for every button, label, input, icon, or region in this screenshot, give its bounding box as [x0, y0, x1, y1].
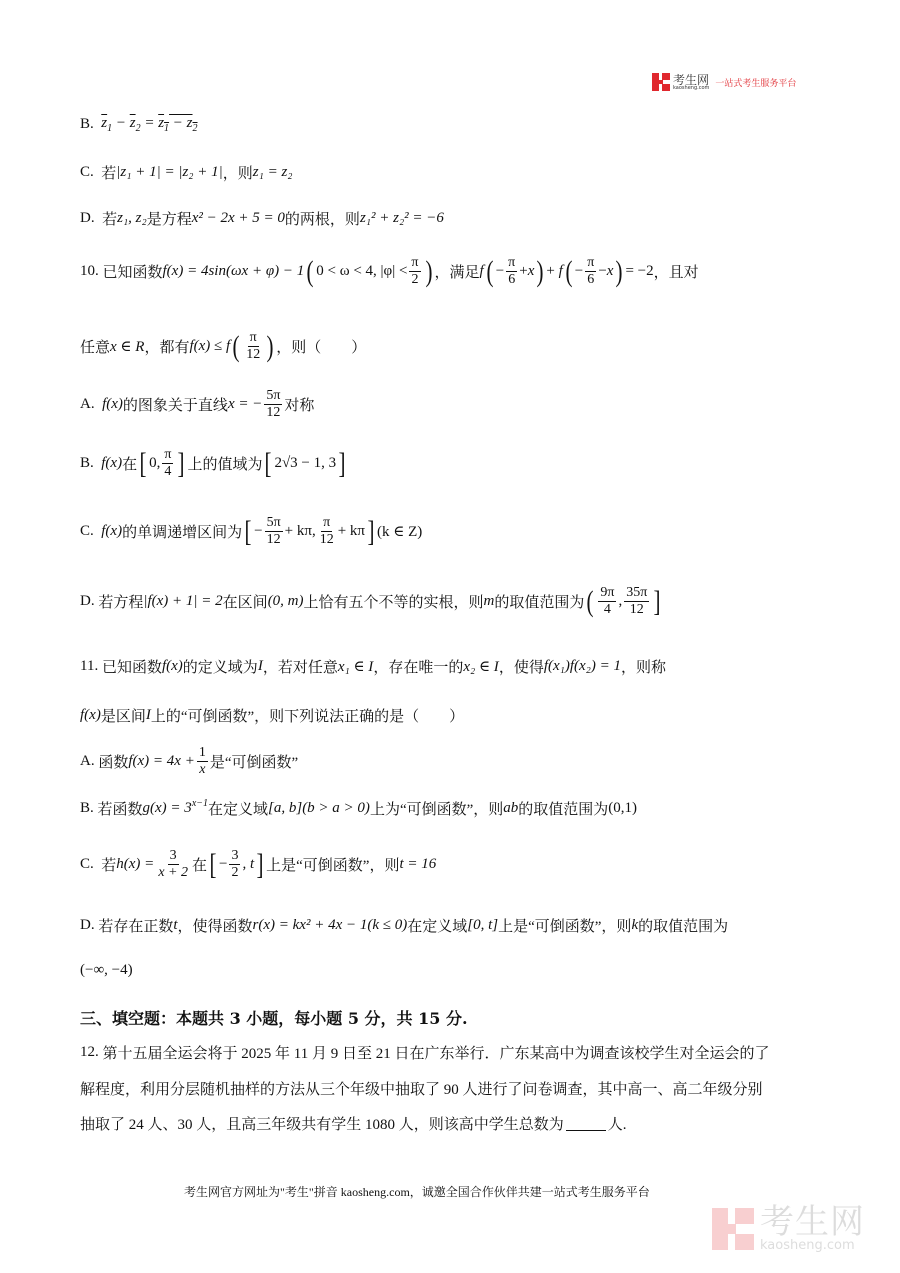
math-expression: f(x) [101, 455, 122, 472]
math-expression: z1 − z2 = z1 − z2 [101, 115, 197, 134]
q11-option-b: B. 若函数 g(x) = 3x−1 在定义域 [a, b](b > a > 0… [80, 798, 637, 819]
answer-placeholder: ，则（ ） [276, 336, 366, 357]
math-variable: m [484, 593, 495, 610]
option-label: C. [80, 856, 94, 873]
math-expression: [a, b](b > a > 0) [268, 800, 370, 817]
watermark: 考生网 kaosheng.com [712, 1205, 865, 1252]
fraction: π2 [409, 255, 420, 288]
fraction: π12 [244, 330, 262, 363]
fraction: 32 [229, 848, 240, 881]
text: 上是“可倒函数”，则 [498, 915, 631, 936]
text: 任意 [80, 336, 110, 357]
text: ，则 [223, 162, 253, 183]
math-expression: z₁² + z₂² = −6 [360, 210, 444, 227]
math-expression: (0, m) [268, 593, 304, 610]
text: 若函数 [98, 798, 143, 819]
logo-domain-text: kaosheng.com [673, 86, 709, 91]
section-heading: 三、填空题：本题共 3 小题，每小题 5 分，共 15 分. [80, 1006, 468, 1029]
q9-option-b: B. z1 − z2 = z1 − z2 [80, 115, 198, 134]
math-expression: x₂ ∈ I [463, 657, 498, 676]
text: 若存在正数 [98, 915, 173, 936]
kaosheng-watermark-icon [712, 1208, 754, 1250]
fraction: π6 [585, 255, 596, 288]
footer-text: 考生网官方网址为"考生"拼音 kaosheng.com，诚邀全国合作伙伴共建一站… [184, 1183, 650, 1200]
header-logo: 考生网 kaosheng.com 一站式考生服务平台 [652, 73, 796, 91]
question-number: 12. [80, 1044, 99, 1061]
math-expression: f(x) [162, 658, 183, 675]
text: 的取值范围为 [494, 591, 584, 612]
math-variable: k [631, 917, 638, 934]
text: 在区间 [223, 591, 268, 612]
math-expression: x = − [228, 396, 262, 413]
math-expression: (−∞, −4) [80, 962, 133, 979]
text: ，存在唯一的 [373, 656, 463, 677]
q10-stem-line1: 10. 已知函数 f(x) = 4sin(ωx + φ) − 1 ( 0 < ω… [80, 255, 699, 288]
text: 若 [101, 854, 116, 875]
option-label: B. [80, 800, 94, 817]
text: ，满足 [435, 261, 480, 282]
math-expression: x ∈ R [110, 337, 144, 356]
text: 是“可倒函数” [210, 751, 298, 772]
text: 在定义域 [208, 798, 268, 819]
text: ，若对任意 [263, 656, 338, 677]
text: 的取值范围为 [638, 915, 728, 936]
q11-option-d: D. 若存在正数 t ，使得函数 r(x) = kx² + 4x − 1(k ≤… [80, 915, 728, 936]
text: 上的值域为 [187, 453, 262, 474]
math-expression: x₁ ∈ I [338, 657, 373, 676]
text: 上是“可倒函数”，则 [266, 854, 399, 875]
fraction: 5π12 [265, 515, 283, 548]
option-label: C. [80, 164, 94, 181]
math-expression: 2√3 − 1, 3 [274, 455, 336, 472]
math-expression: [0, t] [467, 917, 498, 934]
fraction: π12 [318, 515, 336, 548]
option-label: A. [80, 396, 95, 413]
text: 抽取了 24 人、30 人，且高三年级共有学生 1080 人，则该高中学生总数为 [80, 1113, 564, 1134]
option-label: B. [80, 455, 94, 472]
math-expression: z₁, z₂ [117, 210, 147, 227]
exponent: x−1 [192, 798, 208, 809]
text: 若方程 [98, 591, 143, 612]
math-expression: z₁ = z₂ [253, 164, 293, 181]
text: 在 [122, 453, 137, 474]
text: 的取值范围为 [518, 798, 608, 819]
text: 上的“可倒函数”，则下列说法正确的是（ ） [151, 705, 464, 726]
fraction: 5π12 [264, 388, 282, 421]
fraction: 9π4 [598, 585, 616, 618]
text: 已知函数 [102, 656, 162, 677]
watermark-chinese-text: 考生网 [760, 1205, 865, 1239]
q11-option-a: A. 函数 f(x) = 4x + 1x 是“可倒函数” [80, 745, 298, 778]
q11-stem-line1: 11. 已知函数 f(x) 的定义域为 I ，若对任意 x₁ ∈ I ，存在唯一… [80, 656, 666, 677]
fraction: π6 [506, 255, 517, 288]
q10-option-a: A. f(x) 的图象关于直线 x = − 5π12 对称 [80, 388, 314, 421]
question-number: 10. [80, 263, 99, 280]
math-variable: ab [503, 800, 518, 817]
text: 的图象关于直线 [123, 394, 228, 415]
q10-option-c: C. f(x) 的单调递增区间为 [−5π12+ kπ,π12+ kπ] (k … [80, 515, 422, 548]
text: 对称 [284, 394, 314, 415]
math-expression: (0,1) [608, 800, 637, 817]
header-slogan: 一站式考生服务平台 [715, 76, 796, 89]
math-expression: f(x) [101, 523, 122, 540]
q10-stem-line2: 任意 x ∈ R ，都有 f(x) ≤ f (π12) ，则（ ） [80, 330, 366, 363]
fraction: 1x [197, 745, 208, 778]
option-label: D. [80, 210, 95, 227]
q12-line2: 解程度，利用分层随机抽样的方法从三个年级中抽取了 90 人进行了问卷调查，其中高… [80, 1078, 763, 1099]
math-expression: f(x) = 4x + [128, 753, 194, 770]
math-expression: |z₁ + 1| = |z₂ + 1| [116, 164, 222, 181]
text: 是区间 [101, 705, 146, 726]
text: 在 [192, 854, 207, 875]
option-label: B. [80, 116, 94, 133]
option-label: A. [80, 753, 95, 770]
option-label: C. [80, 523, 94, 540]
q12-line3: 抽取了 24 人、30 人，且高三年级共有学生 1080 人，则该高中学生总数为… [80, 1113, 627, 1134]
math-expression: t = 16 [399, 856, 436, 873]
q11-stem-line2: f(x) 是区间 I 上的“可倒函数”，则下列说法正确的是（ ） [80, 705, 464, 726]
math-expression: g(x) = 3 [143, 800, 192, 817]
text: ，则称 [621, 656, 666, 677]
text: 的定义域为 [183, 656, 258, 677]
q10-option-b: B. f(x) 在 [0,π4] 上的值域为 [2√3 − 1, 3] [80, 447, 348, 480]
math-expression: (k ∈ Z) [377, 522, 422, 541]
text: ，都有 [144, 336, 189, 357]
math-expression: f(x) ≤ f [189, 338, 230, 355]
text: ，使得 [499, 656, 544, 677]
question-number: 11. [80, 658, 98, 675]
fraction: 35π12 [624, 585, 649, 618]
text: 若 [101, 162, 116, 183]
text: ，使得函数 [178, 915, 253, 936]
q9-option-d: D. 若 z₁, z₂ 是方程 x² − 2x + 5 = 0 的两根，则 z₁… [80, 208, 444, 229]
q12-line1: 12. 第十五届全运会将于 2025 年 11 月 9 日至 21 日在广东举行… [80, 1042, 769, 1063]
math-expression: f(x) = 4sin(ωx + φ) − 1 [163, 263, 305, 280]
math-expression: h(x) = [116, 856, 154, 873]
option-label: D. [80, 917, 95, 934]
text: 若 [102, 208, 117, 229]
text: 上恰有五个不等的实根，则 [304, 591, 484, 612]
q11-option-c: C. 若 h(x) = 3x + 2 在 [−32, t] 上是“可倒函数”，则… [80, 848, 436, 881]
text: ，且对 [654, 261, 699, 282]
math-expression: |f(x) + 1| = 2 [143, 593, 222, 610]
text: 上为“可倒函数”，则 [370, 798, 503, 819]
watermark-domain-text: kaosheng.com [760, 1239, 865, 1252]
math-expression: x² − 2x + 5 = 0 [192, 210, 285, 227]
text: 是方程 [147, 208, 192, 229]
math-expression: 0 < ω < 4, |φ| < [316, 263, 407, 280]
option-label: D. [80, 593, 95, 610]
math-expression: f(x) [80, 707, 101, 724]
text: 第十五届全运会将于 2025 年 11 月 9 日至 21 日在广东举行．广东某… [103, 1042, 770, 1063]
text: 的单调递增区间为 [122, 521, 242, 542]
math-expression: f(x₁)f(x₂) = 1 [544, 658, 621, 675]
text: 函数 [98, 751, 128, 772]
kaosheng-logo-icon [652, 73, 670, 91]
q11-option-d-range: (−∞, −4) [80, 962, 133, 979]
q9-option-c: C. 若 |z₁ + 1| = |z₂ + 1| ，则 z₁ = z₂ [80, 162, 293, 183]
text: 在定义域 [407, 915, 467, 936]
text: 人. [608, 1113, 627, 1134]
text: 的两根，则 [285, 208, 360, 229]
math-expression: f(x) [102, 396, 123, 413]
answer-blank [566, 1116, 606, 1131]
fraction: π4 [162, 447, 173, 480]
logo-chinese-text: 考生网 [673, 74, 709, 86]
q10-option-d: D. 若方程 |f(x) + 1| = 2 在区间 (0, m) 上恰有五个不等… [80, 585, 663, 618]
text: 已知函数 [103, 261, 163, 282]
math-expression: = −2 [625, 263, 653, 280]
fraction: 3x + 2 [156, 848, 190, 881]
math-expression: r(x) = kx² + 4x − 1(k ≤ 0) [253, 917, 408, 934]
